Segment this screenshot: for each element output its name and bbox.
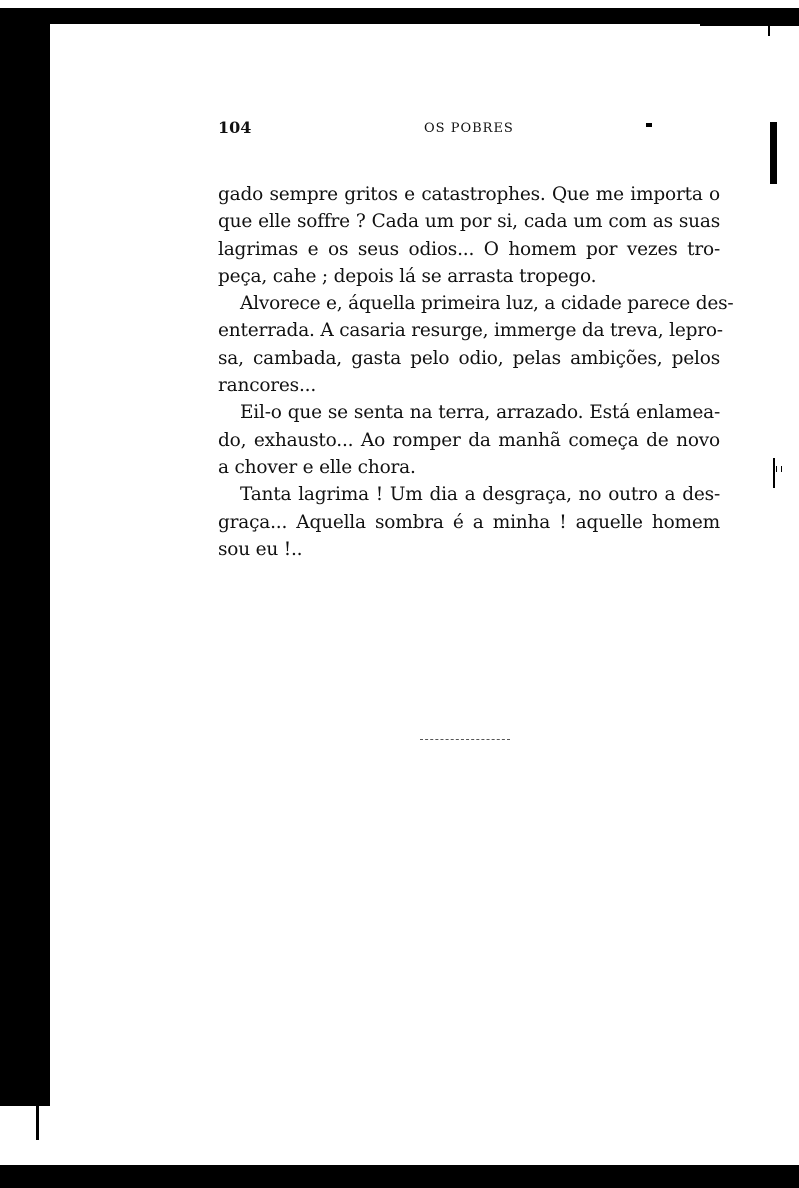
text-line: sou eu !.. xyxy=(218,536,720,563)
text-line: a chover e elle chora. xyxy=(218,454,720,481)
scan-mark xyxy=(768,26,770,36)
scan-border-bottom xyxy=(0,1165,799,1188)
text-line: lagrimas e os seus odios... O homem por … xyxy=(218,236,720,263)
scan-mark xyxy=(36,1100,39,1140)
text-line: rancores... xyxy=(218,372,720,399)
scan-border-left xyxy=(0,8,50,1106)
chapter-end-rule xyxy=(420,739,510,741)
text-line: graça... Aquella sombra é a minha ! aque… xyxy=(218,509,720,536)
scan-border-top xyxy=(0,8,799,24)
ink-spot xyxy=(646,123,652,127)
paragraph-start-line: Alvorece e, áquella primeira luz, a cida… xyxy=(218,290,720,317)
scan-margin-mark xyxy=(773,458,775,488)
body-text: gado sempre gritos e catastrophes. Que m… xyxy=(218,181,720,563)
page-number: 104 xyxy=(218,118,251,137)
text-line: enterrada. A casaria resurge, immerge da… xyxy=(218,317,720,344)
text-line: peça, cahe ; depois lá se arrasta tropeg… xyxy=(218,263,720,290)
running-head: OS POBRES xyxy=(424,121,514,136)
text-line: que elle soffre ? Cada um por si, cada u… xyxy=(218,208,720,235)
text-line: do, exhausto... Ao romper da manhã começ… xyxy=(218,427,720,454)
scan-border-top-edge xyxy=(700,22,799,26)
text-line: gado sempre gritos e catastrophes. Que m… xyxy=(218,181,720,208)
paragraph-start-line: Eil-o que se senta na terra, arrazado. E… xyxy=(218,399,720,426)
text-line: sa, cambada, gasta pelo odio, pelas ambi… xyxy=(218,345,720,372)
scan-margin-bar xyxy=(770,122,777,184)
paragraph-start-line: Tanta lagrima ! Um dia a desgraça, no ou… xyxy=(218,481,720,508)
